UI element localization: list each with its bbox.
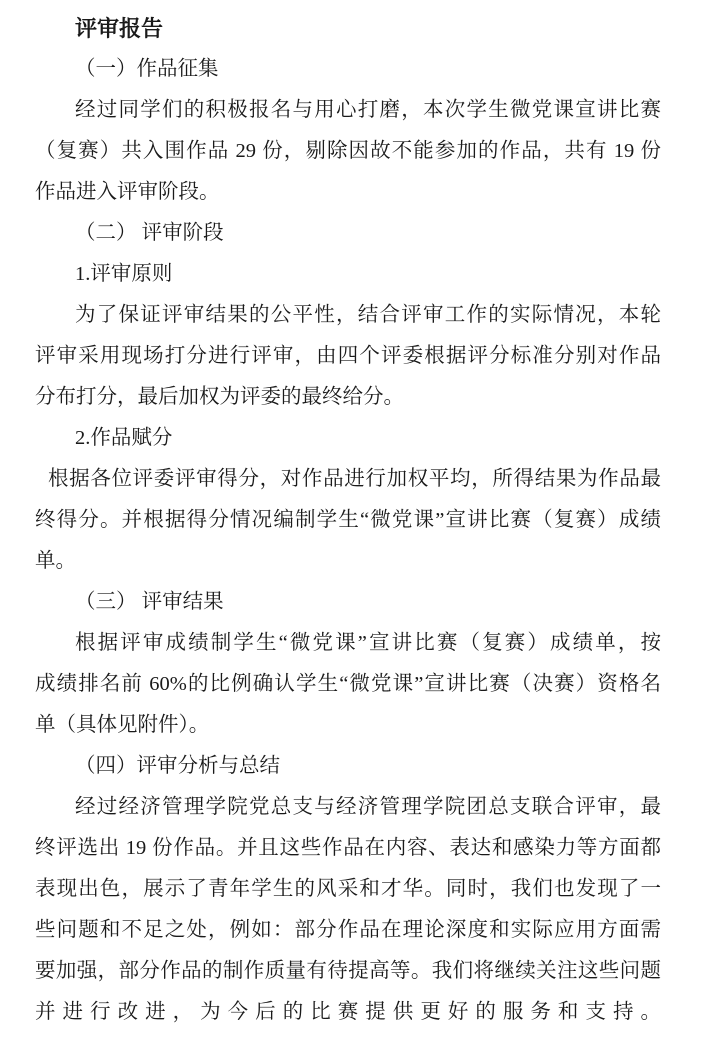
text-line: 终评选出 19 份作品。并且这些作品在内容、表达和感染力等方面都: [35, 828, 661, 869]
text-line: 终得分。并根据得分情况编制学生“微党课”宣讲比赛（复赛）成绩: [35, 500, 661, 541]
text-line: 成绩排名前 60%的比例确认学生“微党课”宣讲比赛（决赛）资格名: [35, 664, 661, 705]
text-line: （复赛）共入围作品 29 份，剔除因故不能参加的作品，共有 19 份: [35, 131, 661, 172]
text-line: 单。: [35, 541, 661, 582]
text-line: （二） 评审阶段: [35, 213, 661, 254]
text-line: （一）作品征集: [35, 49, 661, 90]
text-line: 表现出色，展示了青年学生的风采和才华。同时，我们也发现了一: [35, 869, 661, 910]
text-line: 分布打分，最后加权为评委的最终给分。: [35, 377, 661, 418]
text-line: （三） 评审结果: [35, 582, 661, 623]
text-line: 作品进入评审阶段。: [35, 172, 661, 213]
document-body: 评审报告（一）作品征集经过同学们的积极报名与用心打磨，本次学生微党课宣讲比赛（复…: [35, 8, 661, 1033]
text-line: 根据评审成绩制学生“微党课”宣讲比赛（复赛）成绩单，按: [35, 623, 661, 664]
text-line: 经过同学们的积极报名与用心打磨，本次学生微党课宣讲比赛: [35, 90, 661, 131]
text-line: （四）评审分析与总结: [35, 746, 661, 787]
text-line: 并进行改进，为今后的比赛提供更好的服务和支持。: [35, 992, 661, 1033]
text-line: 为了保证评审结果的公平性，结合评审工作的实际情况，本轮: [35, 295, 661, 336]
text-line: 经过经济管理学院党总支与经济管理学院团总支联合评审，最: [35, 787, 661, 828]
document-title: 评审报告: [35, 8, 661, 49]
document-page: 评审报告（一）作品征集经过同学们的积极报名与用心打磨，本次学生微党课宣讲比赛（复…: [0, 0, 704, 1054]
text-line: 单（具体见附件）。: [35, 705, 661, 746]
text-line: 2.作品赋分: [35, 418, 661, 459]
text-line: 要加强，部分作品的制作质量有待提高等。我们将继续关注这些问题: [35, 951, 661, 992]
text-line: 1.评审原则: [35, 254, 661, 295]
text-line: 根据各位评委评审得分，对作品进行加权平均，所得结果为作品最: [35, 459, 661, 500]
text-line: 些问题和不足之处，例如：部分作品在理论深度和实际应用方面需: [35, 910, 661, 951]
text-line: 评审采用现场打分进行评审，由四个评委根据评分标准分别对作品: [35, 336, 661, 377]
